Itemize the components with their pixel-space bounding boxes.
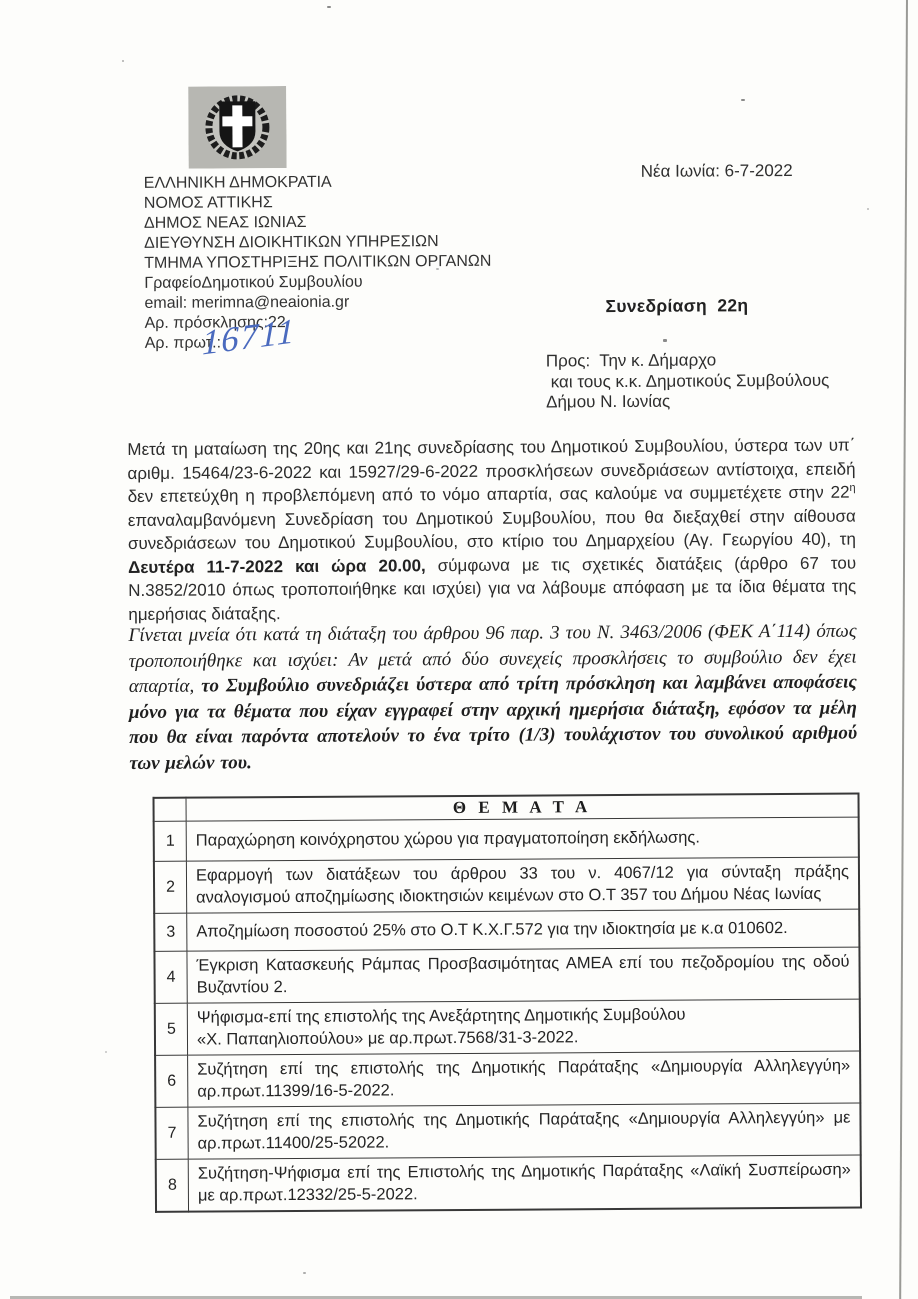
topic-row: 3 Αποζημίωση ποσοστού 25% στο Ο.Τ Κ.Χ.Γ.… — [154, 909, 859, 951]
scan-speck — [105, 1051, 107, 1053]
topic-text: Ψήφισμα-επί της επιστολής της Ανεξάρτητη… — [187, 999, 860, 1055]
topic-number: 1 — [154, 821, 187, 861]
topics-header-spacer — [154, 798, 187, 822]
issuer-office-line: ΓραφείοΔημοτικού Συμβουλίου — [144, 272, 491, 294]
scan-speck — [477, 546, 479, 548]
topic-number: 7 — [155, 1107, 188, 1159]
p1-text: Μετά τη ματαίωση της 20ης και 21ης συνεδ… — [127, 436, 855, 506]
issuer-email-line: email: merimna@neaionia.gr — [144, 292, 491, 314]
topic-row: 5 Ψήφισμα-επί της επιστολής της Ανεξάρτη… — [155, 999, 860, 1055]
issuer-municipality-line: ΔΗΜΟΣ ΝΕΑΣ ΙΩΝΙΑΣ — [144, 212, 491, 234]
legal-note-bold-italic: το Συμβούλιο συνεδριάζει ύστερα από τρίτ… — [129, 672, 857, 774]
topic-number: 3 — [154, 913, 187, 951]
invitation-number-line: Αρ. πρόσκλησης:22 — [145, 312, 492, 334]
issuer-department-line: ΤΜΗΜΑ ΥΠΟΣΤΗΡΙΞΗΣ ΠΟΛΙΤΙΚΩΝ ΟΡΓΑΝΩΝ — [144, 252, 491, 274]
topic-text: Εφαρμογή των διατάξεων του άρθρου 33 του… — [186, 857, 859, 913]
topic-number: 8 — [156, 1159, 189, 1212]
issuer-directorate-line: ΔΙΕΥΘΥΝΣΗ ΔΙΟΙΚΗΤΙΚΩΝ ΥΠΗΡΕΣΙΩΝ — [144, 232, 491, 254]
topic-text: Έγκριση Κατασκευής Ράμπας Προσβασιμότητα… — [187, 947, 860, 1003]
body-paragraph-1: Μετά τη ματαίωση της 20ης και 21ης συνεδ… — [127, 434, 856, 626]
scanned-document-page: ΕΛΛΗΝΙΚΗ ΔΗΜΟΚΡΑΤΙΑ ΝΟΜΟΣ ΑΤΤΙΚΗΣ ΔΗΜΟΣ … — [0, 0, 918, 1299]
topic-text: Παραχώρηση κοινόχρηστου χώρου για πραγμα… — [186, 817, 859, 861]
scan-speck — [122, 60, 124, 62]
topic-row: 8 Συζήτηση-Ψήφισμα επί της Επιστολής της… — [156, 1155, 861, 1212]
topic-row: 2 Εφαρμογή των διατάξεων του άρθρου 33 τ… — [154, 857, 859, 913]
topics-table: Θ Ε Μ Α Τ Α 1 Παραχώρηση κοινόχρηστου χώ… — [152, 793, 862, 1213]
scan-speck — [303, 1272, 306, 1274]
topic-row: 7 Συζήτηση επί της επιστολής της Δημοτικ… — [155, 1103, 860, 1159]
topic-row: 6 Συζήτηση επί της επιστολής της Δημοτικ… — [155, 1051, 860, 1107]
recipient-block: Προς: Την κ. Δήμαρχο και τους κ.κ. Δημοτ… — [546, 350, 830, 413]
p1-text: επαναλαμβανόμενη Συνεδρίαση του Δημοτικο… — [128, 506, 856, 553]
legal-note-paragraph: Γίνεται μνεία ότι κατά τη διάταξη του άρ… — [128, 619, 857, 776]
greek-coat-of-arms-logo — [188, 86, 286, 169]
topic-text: Συζήτηση-Ψήφισμα επί της Επιστολής της Δ… — [188, 1155, 861, 1212]
p1-superscript-eta: η — [849, 482, 855, 494]
meeting-datetime-bold: Δευτέρα 11-7-2022 και ώρα 20.00, — [128, 556, 426, 577]
scan-speck — [867, 208, 869, 210]
session-title: Συνεδρίαση 22η — [605, 295, 748, 317]
topic-number: 5 — [155, 1003, 188, 1055]
document-content: ΕΛΛΗΝΙΚΗ ΔΗΜΟΚΡΑΤΙΑ ΝΟΜΟΣ ΑΤΤΙΚΗΣ ΔΗΜΟΣ … — [0, 0, 918, 1299]
recipient-line-councilors: και τους κ.κ. Δημοτικούς Συμβούλους — [546, 370, 829, 392]
topic-text: Αποζημίωση ποσοστού 25% στο Ο.Τ Κ.Χ.Γ.57… — [187, 909, 860, 951]
scan-speck — [663, 339, 667, 342]
scan-speck — [741, 99, 745, 101]
scan-speck — [327, 6, 331, 8]
topic-text: Συζήτηση επί της επιστολής της Δημοτικής… — [188, 1103, 861, 1159]
topic-row: 1 Παραχώρηση κοινόχρηστου χώρου για πραγ… — [154, 817, 859, 861]
recipient-line-mayor: Προς: Την κ. Δήμαρχο — [546, 350, 829, 372]
scan-speck — [436, 268, 439, 270]
topic-number: 6 — [155, 1055, 188, 1107]
issuer-block: ΕΛΛΗΝΙΚΗ ΔΗΜΟΚΡΑΤΙΑ ΝΟΜΟΣ ΑΤΤΙΚΗΣ ΔΗΜΟΣ … — [144, 172, 492, 354]
topic-row: 4 Έγκριση Κατασκευής Ράμπας Προσβασιμότη… — [154, 947, 859, 1003]
date-line: Νέα Ιωνία: 6-7-2022 — [641, 161, 793, 182]
issuer-republic-line: ΕΛΛΗΝΙΚΗ ΔΗΜΟΚΡΑΤΙΑ — [144, 172, 491, 194]
topic-text: Συζήτηση επί της επιστολής της Δημοτικής… — [188, 1051, 861, 1107]
protocol-number-label: Αρ. πρωτ.: — [145, 332, 492, 354]
topic-number: 2 — [154, 861, 187, 913]
topic-number: 4 — [154, 951, 187, 1003]
recipient-line-municipality: Δήμου Ν. Ιωνίας — [546, 391, 829, 413]
issuer-prefecture-line: ΝΟΜΟΣ ΑΤΤΙΚΗΣ — [144, 192, 491, 214]
